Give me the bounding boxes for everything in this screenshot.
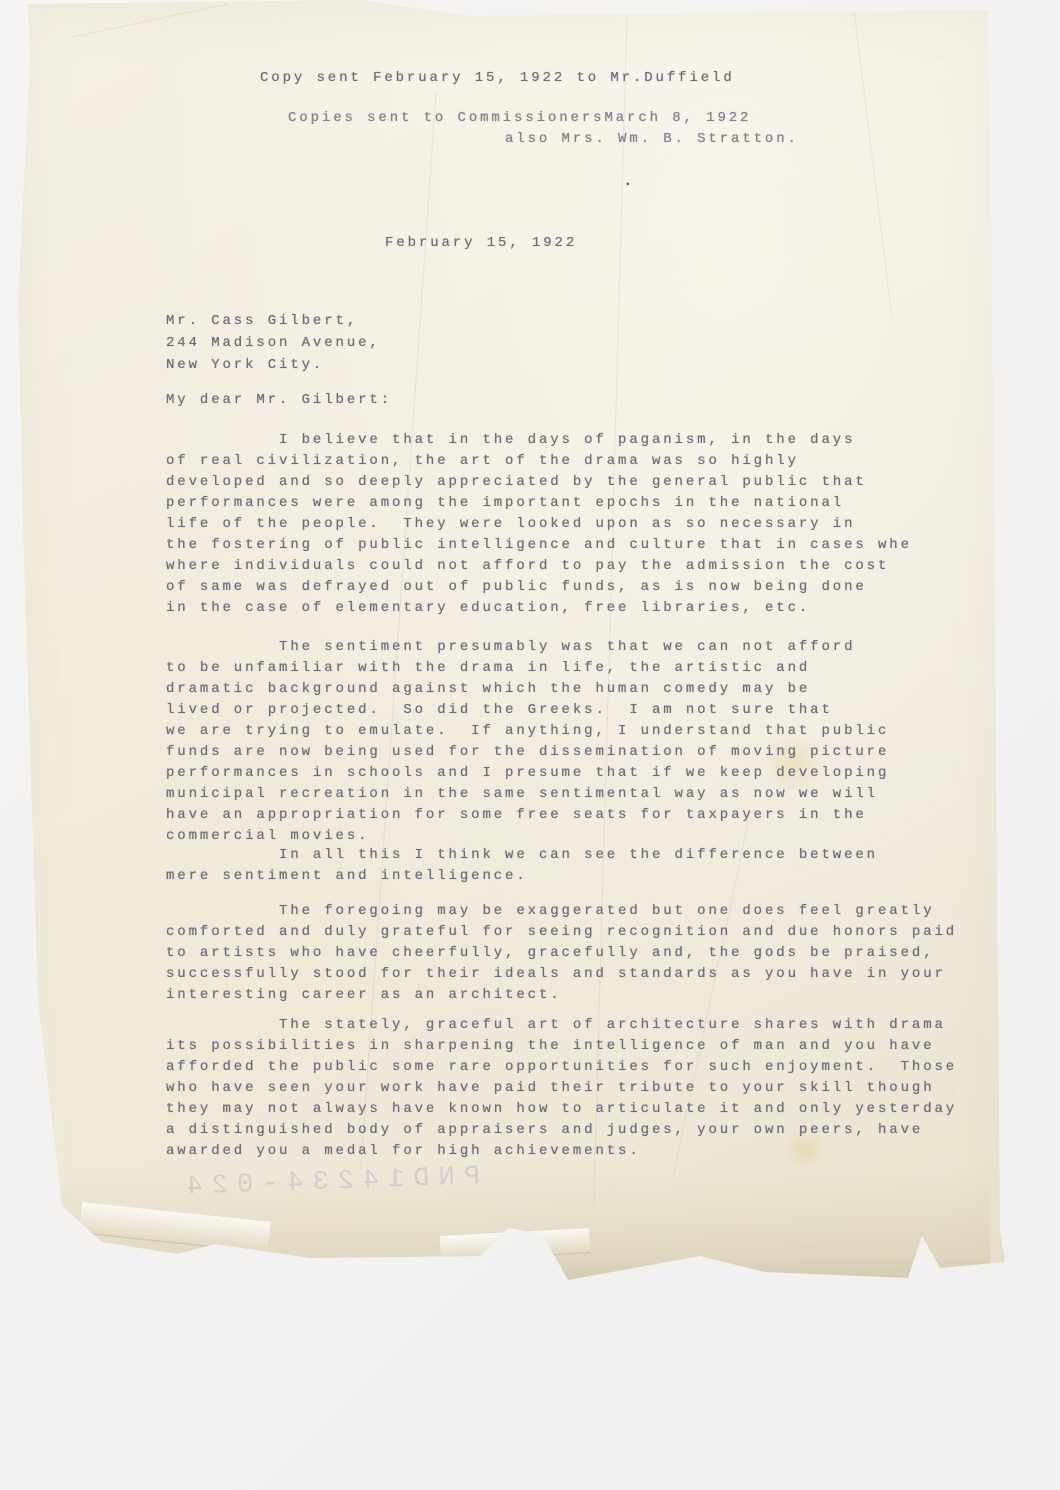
salutation: My dear Mr. Gilbert: [166, 390, 392, 411]
crease-line [72, 3, 229, 37]
crease-line [853, 1, 893, 319]
recipient-address: Mr. Cass Gilbert, 244 Madison Avenue, Ne… [166, 310, 381, 376]
paragraph-3: In all this I think we can see the diffe… [166, 845, 878, 887]
letter-date: February 15, 1922 [385, 233, 577, 254]
paragraph-4: The foregoing may be exaggerated but one… [166, 901, 957, 1006]
copy-sent-annotation: Copy sent February 15, 1922 to Mr.Duffie… [260, 68, 735, 89]
paragraph-5: The stately, graceful art of architectur… [166, 1015, 957, 1162]
also-sent-annotation: also Mrs. Wm. B. Stratton. [505, 129, 799, 150]
letter-page: Copy sent February 15, 1922 to Mr.Duffie… [10, 0, 1010, 1292]
paragraph-1: I believe that in the days of paganism, … [166, 430, 912, 619]
paragraph-2: The sentiment presumably was that we can… [166, 637, 889, 847]
scan-background: Copy sent February 15, 1922 to Mr.Duffie… [0, 0, 1060, 1490]
copies-sent-annotation: Copies sent to CommissionersMarch 8, 192… [288, 108, 751, 129]
stray-typed-dot: . [623, 172, 633, 190]
